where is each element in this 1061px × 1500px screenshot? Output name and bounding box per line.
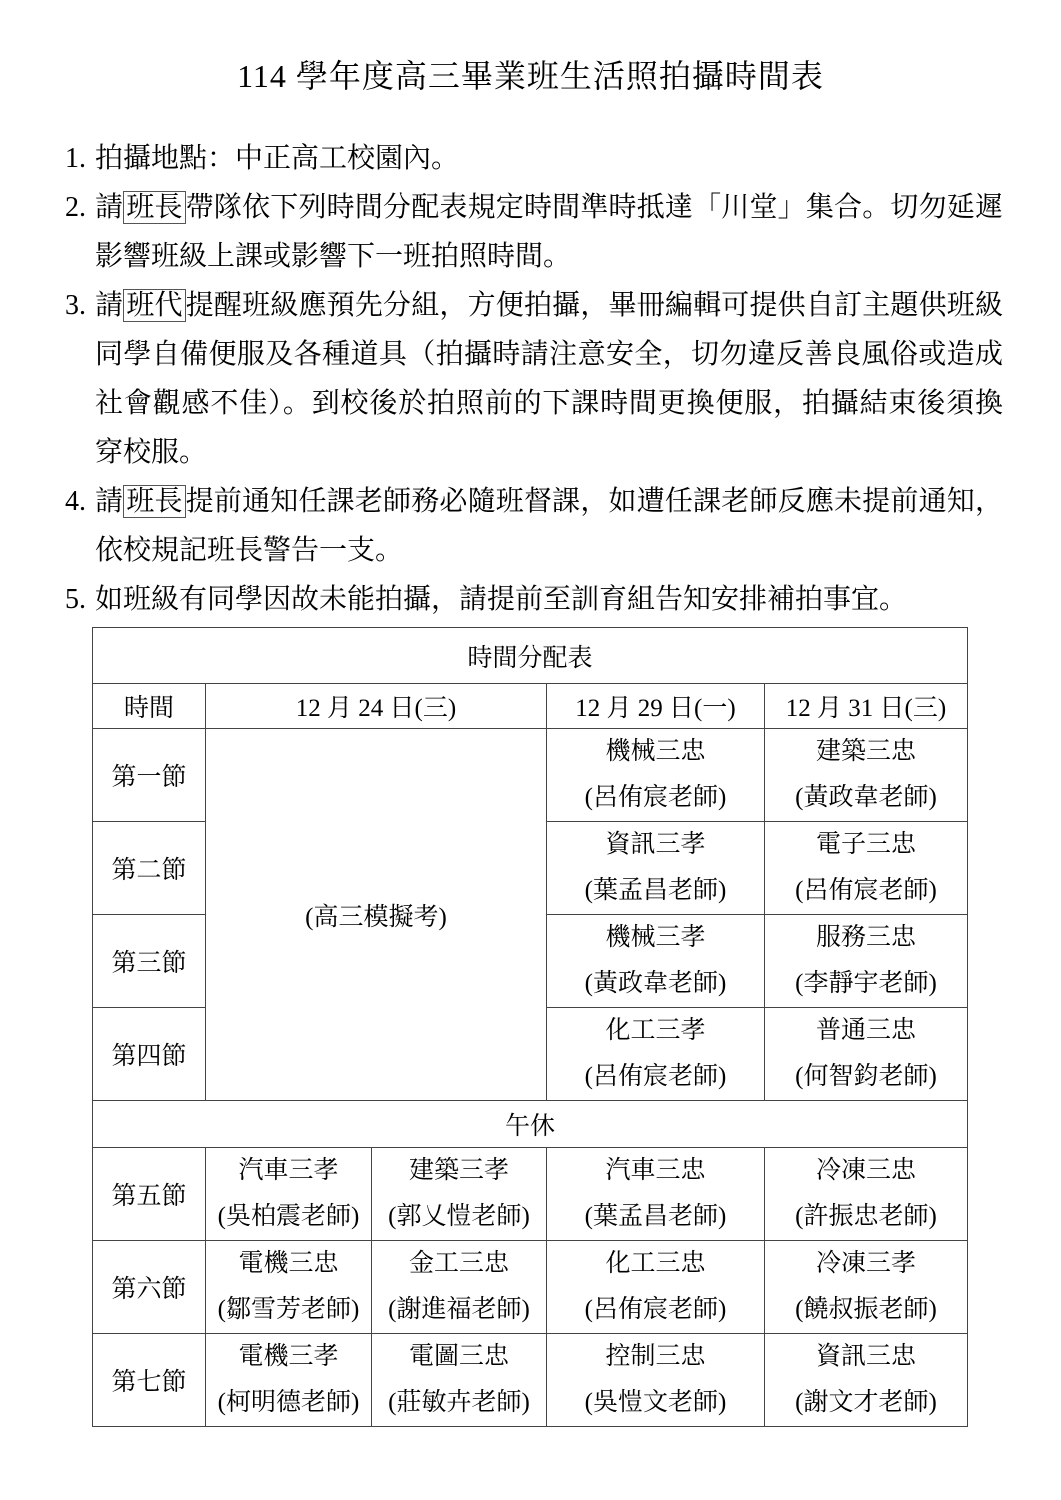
teacher-name: (吳愷文老師): [547, 1380, 764, 1426]
class-cell: 普通三忠 (何智鈞老師): [765, 1008, 968, 1101]
class-cell: 電子三忠 (呂侑宸老師): [765, 822, 968, 915]
class-name: 普通三忠: [765, 1008, 967, 1054]
teacher-name: (呂侑宸老師): [547, 775, 764, 821]
teacher-name: (饒叔振老師): [765, 1287, 967, 1333]
note-item-2: 2.請班長帶隊依下列時間分配表規定時間準時抵達「川堂」集合。切勿延遲影響班級上課…: [65, 183, 1003, 281]
note-text-pre: 請: [95, 486, 123, 517]
note-number: 3.: [65, 281, 95, 330]
period-label: 第一節: [93, 729, 206, 822]
teacher-name: (謝進福老師): [372, 1287, 546, 1333]
notes-list: 1.拍攝地點：中正高工校園內。 2.請班長帶隊依下列時間分配表規定時間準時抵達「…: [65, 134, 1003, 624]
class-cell: 電機三孝 (柯明德老師): [206, 1334, 372, 1427]
class-name: 建築三孝: [372, 1148, 546, 1194]
note-item-4: 4.請班長提前通知任課老師務必隨班督課，如遭任課老師反應未提前通知，依校規記班長…: [65, 477, 1003, 575]
class-name: 資訊三忠: [765, 1334, 967, 1380]
note-text-post: 帶隊依下列時間分配表規定時間準時抵達「川堂」集合。切勿延遲影響班級上課或影響下一…: [95, 192, 1003, 272]
document-page: 114 學年度高三畢業班生活照拍攝時間表 1.拍攝地點：中正高工校園內。 2.請…: [0, 0, 1061, 1500]
class-cell: 服務三忠 (李靜宇老師): [765, 915, 968, 1008]
period-row-6: 第六節 電機三忠 (鄒雪芳老師) 金工三忠 (謝進福老師) 化工三忠 (呂侑宸老…: [93, 1241, 968, 1334]
class-name: 資訊三孝: [547, 822, 764, 868]
page-title: 114 學年度高三畢業班生活照拍攝時間表: [0, 0, 1061, 98]
class-cell: 建築三孝 (郭乂愷老師): [372, 1148, 547, 1241]
class-name: 汽車三孝: [206, 1148, 371, 1194]
period-row-1: 第一節 (高三模擬考) 機械三忠 (呂侑宸老師) 建築三忠 (黃政韋老師): [93, 729, 968, 822]
class-cell: 汽車三忠 (葉孟昌老師): [547, 1148, 765, 1241]
note-item-3: 3.請班代提醒班級應預先分組，方便拍攝，畢冊編輯可提供自訂主題供班級同學自備便服…: [65, 281, 1003, 477]
note-text-pre: 請: [95, 192, 123, 223]
teacher-name: (謝文才老師): [765, 1380, 967, 1426]
class-name: 金工三忠: [372, 1241, 546, 1287]
class-name: 電機三忠: [206, 1241, 371, 1287]
class-name: 冷凍三忠: [765, 1148, 967, 1194]
class-cell: 機械三忠 (呂侑宸老師): [547, 729, 765, 822]
teacher-name: (呂侑宸老師): [547, 1054, 764, 1100]
period-label: 第四節: [93, 1008, 206, 1101]
class-cell: 電機三忠 (鄒雪芳老師): [206, 1241, 372, 1334]
period-label: 第六節: [93, 1241, 206, 1334]
teacher-name: (黃政韋老師): [765, 775, 967, 821]
period-label: 第三節: [93, 915, 206, 1008]
class-cell: 電圖三忠 (莊敏卉老師): [372, 1334, 547, 1427]
col-header-dec29: 12 月 29 日(一): [547, 684, 765, 729]
note-text: 如班級有同學因故未能拍攝，請提前至訓育組告知安排補拍事宜。: [95, 584, 907, 615]
boxed-term-class-leader: 班長: [123, 485, 185, 518]
class-name: 冷凍三孝: [765, 1241, 967, 1287]
note-text-pre: 請: [95, 290, 123, 321]
note-number: 2.: [65, 183, 95, 232]
class-cell: 化工三忠 (呂侑宸老師): [547, 1241, 765, 1334]
class-cell: 資訊三忠 (謝文才老師): [765, 1334, 968, 1427]
boxed-term-class-rep: 班代: [123, 289, 185, 322]
class-name: 汽車三忠: [547, 1148, 764, 1194]
table-title: 時間分配表: [93, 628, 968, 684]
boxed-term-class-leader: 班長: [123, 191, 185, 224]
teacher-name: (鄒雪芳老師): [206, 1287, 371, 1333]
teacher-name: (許振忠老師): [765, 1194, 967, 1240]
col-header-dec24: 12 月 24 日(三): [206, 684, 547, 729]
class-name: 電子三忠: [765, 822, 967, 868]
period-label: 第七節: [93, 1334, 206, 1427]
teacher-name: (吳柏震老師): [206, 1194, 371, 1240]
period-label: 第五節: [93, 1148, 206, 1241]
period-row-7: 第七節 電機三孝 (柯明德老師) 電圖三忠 (莊敏卉老師) 控制三忠 (吳愷文老…: [93, 1334, 968, 1427]
mock-exam-cell: (高三模擬考): [206, 729, 547, 1101]
period-label: 第二節: [93, 822, 206, 915]
teacher-name: (葉孟昌老師): [547, 868, 764, 914]
class-name: 建築三忠: [765, 729, 967, 775]
class-cell: 汽車三孝 (吳柏震老師): [206, 1148, 372, 1241]
note-number: 4.: [65, 477, 95, 526]
class-cell: 機械三孝 (黃政韋老師): [547, 915, 765, 1008]
note-text-post: 提醒班級應預先分組，方便拍攝，畢冊編輯可提供自訂主題供班級同學自備便服及各種道具…: [95, 290, 1003, 468]
class-name: 化工三忠: [547, 1241, 764, 1287]
teacher-name: (呂侑宸老師): [547, 1287, 764, 1333]
lunch-row: 午休: [93, 1101, 968, 1148]
teacher-name: (葉孟昌老師): [547, 1194, 764, 1240]
column-header-row: 時間 12 月 24 日(三) 12 月 29 日(一) 12 月 31 日(三…: [93, 684, 968, 729]
class-cell: 控制三忠 (吳愷文老師): [547, 1334, 765, 1427]
class-name: 化工三孝: [547, 1008, 764, 1054]
class-cell: 冷凍三孝 (饒叔振老師): [765, 1241, 968, 1334]
note-number: 1.: [65, 134, 95, 183]
class-name: 機械三孝: [547, 915, 764, 961]
col-header-dec31: 12 月 31 日(三): [765, 684, 968, 729]
class-name: 電圖三忠: [372, 1334, 546, 1380]
note-item-1: 1.拍攝地點：中正高工校園內。: [65, 134, 1003, 183]
note-text-post: 提前通知任課老師務必隨班督課，如遭任課老師反應未提前通知，依校規記班長警告一支。: [95, 486, 1003, 566]
class-cell: 金工三忠 (謝進福老師): [372, 1241, 547, 1334]
class-cell: 冷凍三忠 (許振忠老師): [765, 1148, 968, 1241]
note-text: 拍攝地點：中正高工校園內。: [95, 143, 459, 174]
teacher-name: (柯明德老師): [206, 1380, 371, 1426]
class-cell: 建築三忠 (黃政韋老師): [765, 729, 968, 822]
class-name: 電機三孝: [206, 1334, 371, 1380]
class-name: 機械三忠: [547, 729, 764, 775]
table-title-row: 時間分配表: [93, 628, 968, 684]
class-name: 控制三忠: [547, 1334, 764, 1380]
note-number: 5.: [65, 575, 95, 624]
schedule-table: 時間分配表 時間 12 月 24 日(三) 12 月 29 日(一) 12 月 …: [92, 627, 968, 1427]
lunch-label: 午休: [93, 1101, 968, 1148]
teacher-name: (黃政韋老師): [547, 961, 764, 1007]
teacher-name: (郭乂愷老師): [372, 1194, 546, 1240]
col-header-time: 時間: [93, 684, 206, 729]
teacher-name: (何智鈞老師): [765, 1054, 967, 1100]
note-item-5: 5.如班級有同學因故未能拍攝，請提前至訓育組告知安排補拍事宜。: [65, 575, 1003, 624]
teacher-name: (李靜宇老師): [765, 961, 967, 1007]
period-row-5: 第五節 汽車三孝 (吳柏震老師) 建築三孝 (郭乂愷老師) 汽車三忠 (葉孟昌老…: [93, 1148, 968, 1241]
teacher-name: (莊敏卉老師): [372, 1380, 546, 1426]
class-cell: 化工三孝 (呂侑宸老師): [547, 1008, 765, 1101]
class-cell: 資訊三孝 (葉孟昌老師): [547, 822, 765, 915]
class-name: 服務三忠: [765, 915, 967, 961]
teacher-name: (呂侑宸老師): [765, 868, 967, 914]
